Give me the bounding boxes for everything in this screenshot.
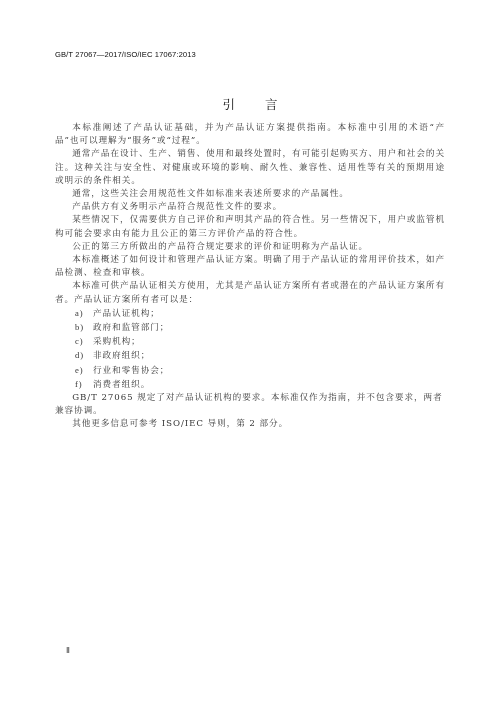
list-item: e)行业和零售协会； [55, 364, 445, 378]
page-number: Ⅱ [66, 646, 70, 655]
title-char-2: 言 [265, 95, 278, 113]
document-body: 本标准阐述了产品认证基础，并为产品认证方案提供指南。本标准中引用的术语“产品”也… [55, 122, 445, 432]
paragraph-5: 某些情况下，仅需要供方自己评价和声明其产品的符合性。另一些情况下，用户或监管机构… [55, 214, 445, 240]
list-text: 采购机构； [93, 337, 141, 347]
list-text: 政府和监管部门； [93, 323, 169, 333]
list-text: 非政府组织； [93, 351, 150, 361]
list-text: 消费者组织。 [93, 380, 150, 390]
paragraph-1: 本标准阐述了产品认证基础，并为产品认证方案提供指南。本标准中引用的术语“产品”也… [55, 122, 445, 148]
title-char-1: 引 [222, 95, 235, 113]
paragraph-2: 通常产品在设计、生产、销售、使用和最终处置时，有可能引起购买方、用户和社会的关注… [55, 148, 445, 188]
list-label: a) [75, 307, 93, 320]
standard-header: GB/T 27067—2017/ISO/IEC 17067:2013 [55, 50, 196, 59]
list-label: d) [75, 349, 93, 362]
closing-paragraph-2: 其他更多信息可参考 ISO/IEC 导则，第 2 部分。 [55, 418, 445, 431]
list-item: d)非政府组织； [55, 349, 445, 363]
paragraph-7: 本标准概述了如何设计和管理产品认证方案。明确了用于产品认证的常用评价技术，如产品… [55, 254, 445, 280]
paragraph-4: 产品供方有义务明示产品符合规范性文件的要求。 [55, 201, 445, 214]
paragraph-8: 本标准可供产品认证相关方使用，尤其是产品认证方案所有者或潜在的产品认证方案所有者… [55, 280, 445, 306]
list-label: c) [75, 335, 93, 348]
list-text: 行业和零售协会； [93, 366, 169, 376]
closing-paragraph-1: GB/T 27065 规定了对产品认证机构的要求。本标准仅作为指南，并不包含要求… [55, 392, 445, 418]
list-item: b)政府和监管部门； [55, 321, 445, 335]
paragraph-6: 公正的第三方所做出的产品符合规定要求的评价和证明称为产品认证。 [55, 241, 445, 254]
list-label: e) [75, 364, 93, 377]
list-item: c)采购机构； [55, 335, 445, 349]
list-label: b) [75, 321, 93, 334]
list-item: a)产品认证机构； [55, 307, 445, 321]
list-label: f) [75, 378, 93, 391]
paragraph-3: 通常，这些关注会用规范性文件如标准来表述所要求的产品属性。 [55, 188, 445, 201]
section-title: 引言 [0, 95, 500, 113]
list-item: f)消费者组织。 [55, 378, 445, 392]
list-text: 产品认证机构； [93, 309, 160, 319]
